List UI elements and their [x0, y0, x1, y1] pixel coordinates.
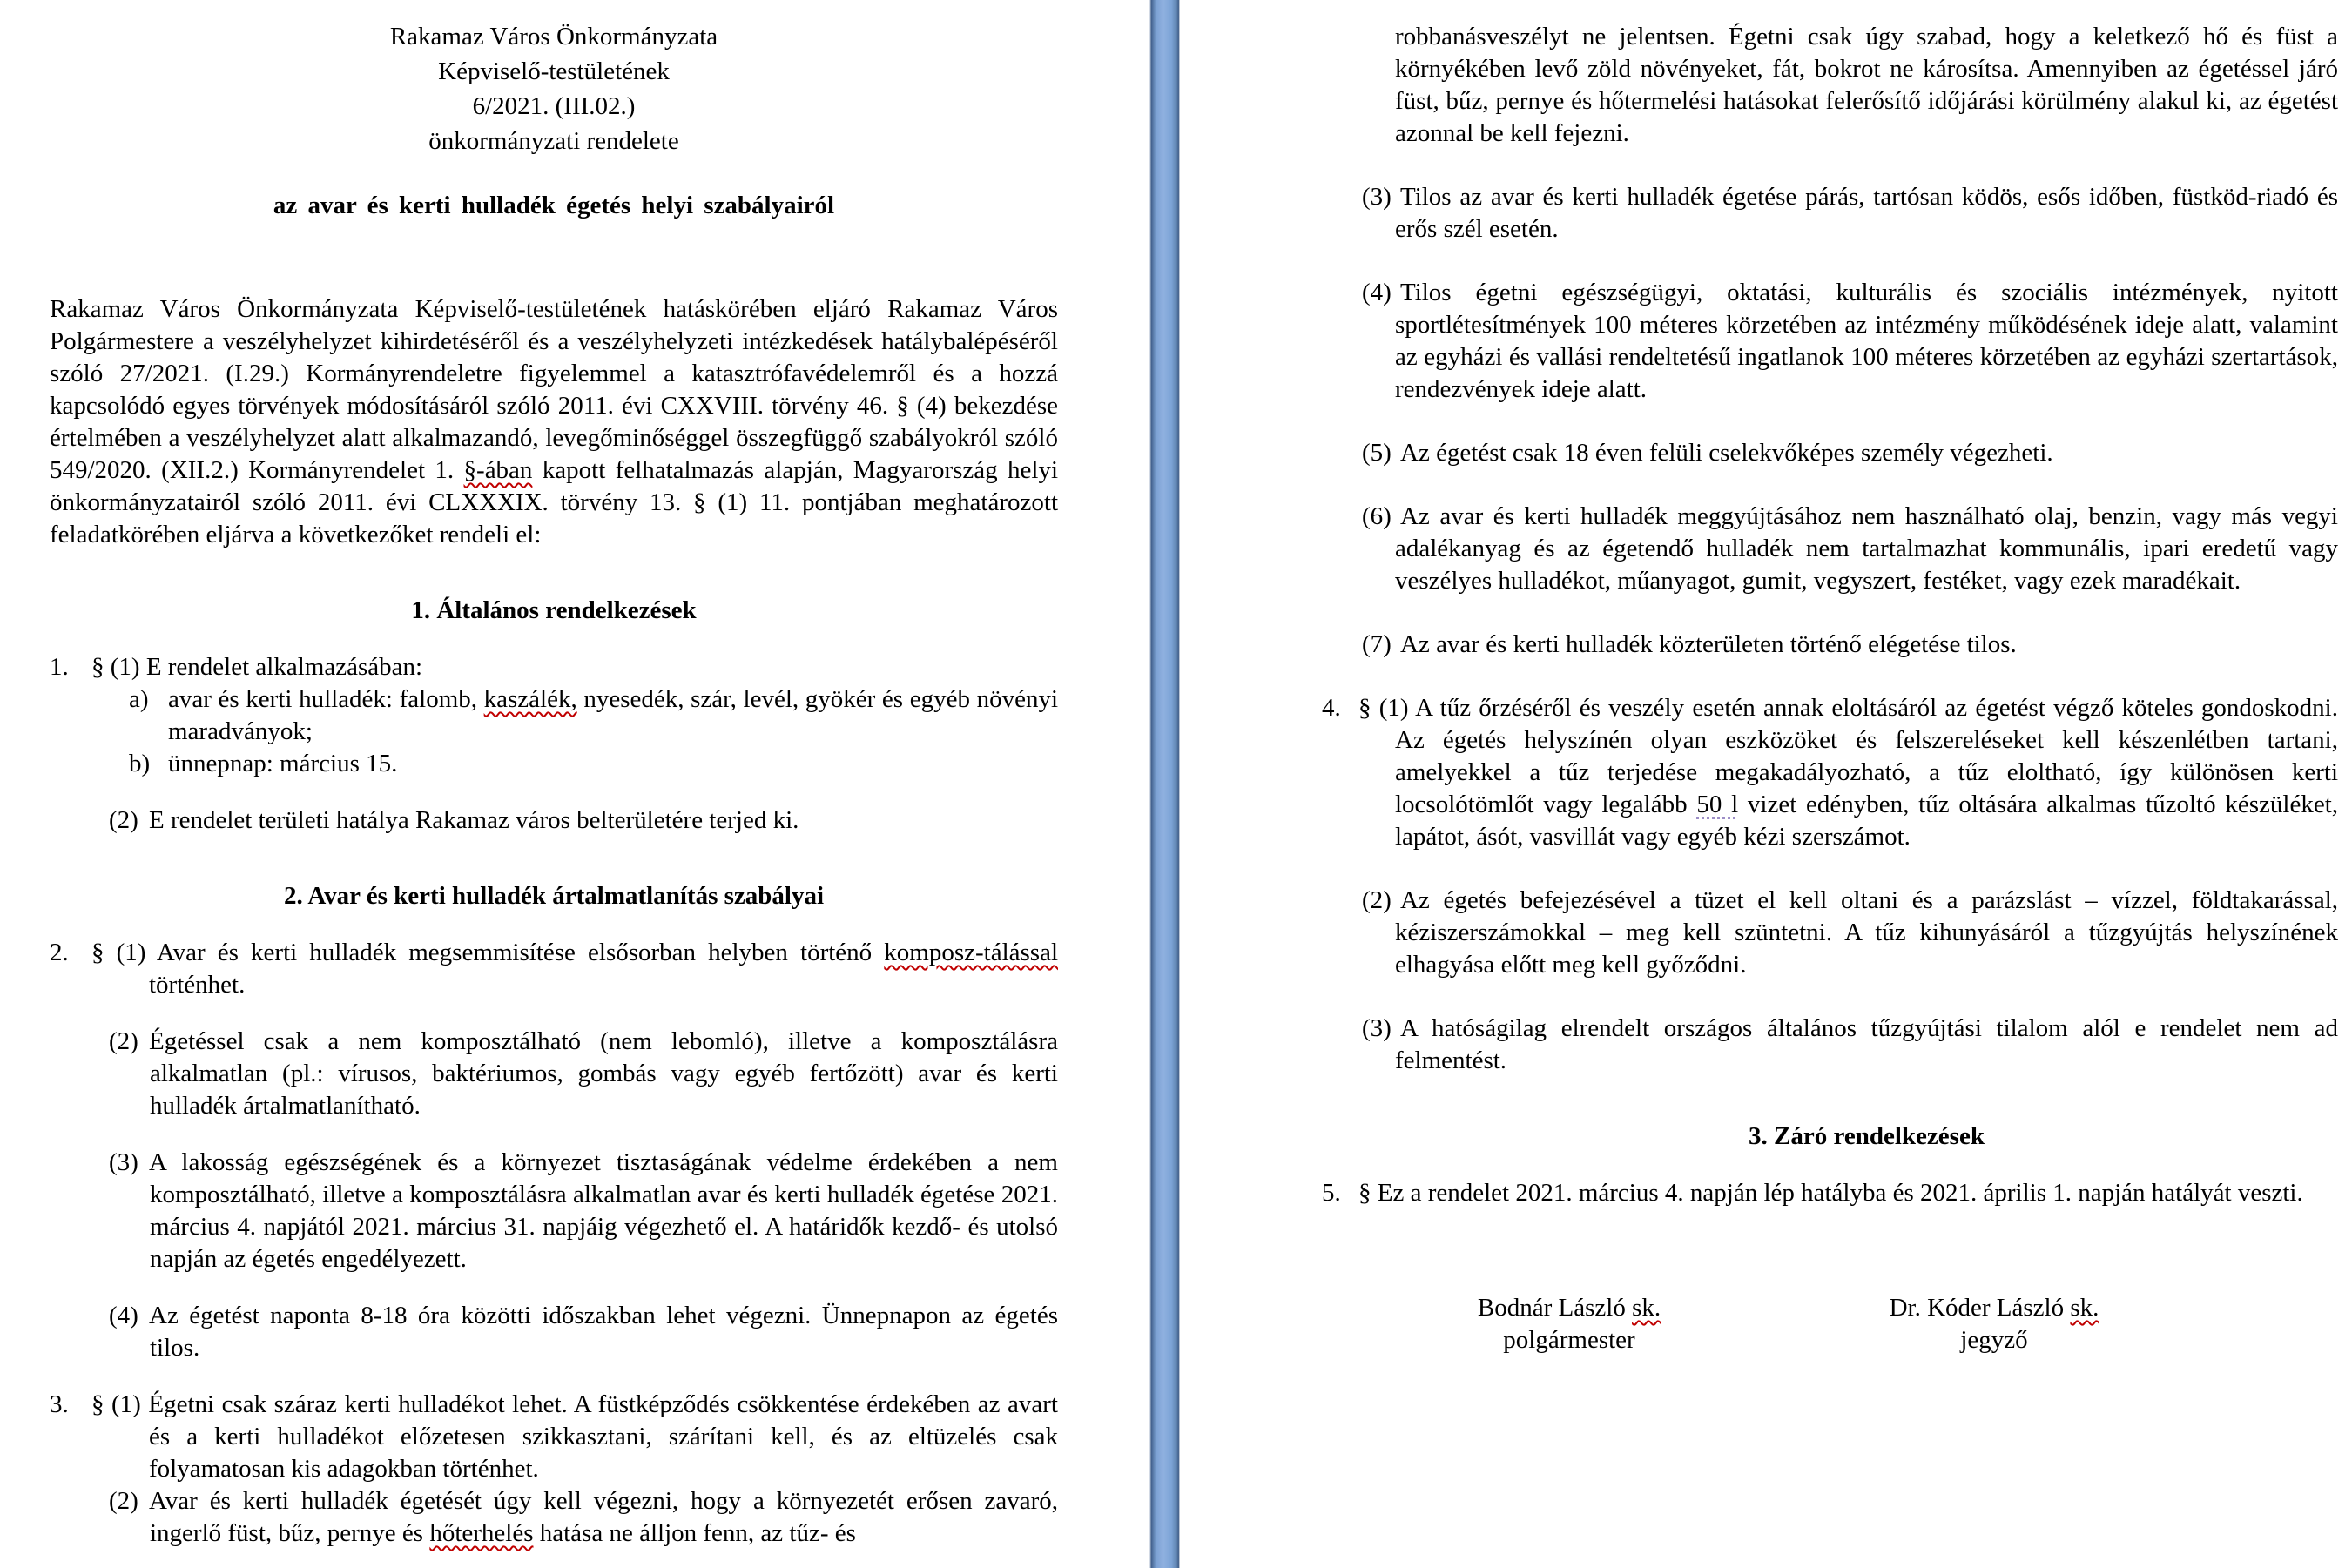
paragraph-marker: (3) — [109, 1147, 149, 1179]
text-segment: § (1) E rendelet alkalmazásában: — [91, 653, 422, 681]
signatory-role: jegyző — [1820, 1324, 2168, 1356]
paragraph-marker: (5) — [1362, 437, 1400, 469]
page-divider — [1149, 0, 1180, 1568]
section-heading: 1. Általános rendelkezések — [50, 595, 1058, 627]
text-segment: § (1) Avar és kerti hulladék megsemmisít… — [91, 939, 884, 966]
paragraph-marker: (2) — [109, 1026, 149, 1058]
spellcheck-flagged-text: sk. — [2070, 1294, 2099, 1322]
signature-right: Dr. Kóder László sk.jegyző — [1820, 1292, 2168, 1356]
spellcheck-flagged-text: komposz-tálással — [884, 939, 1058, 966]
page-left-content: Rakamaz Város ÖnkormányzataKépviselő-tes… — [50, 19, 1058, 1550]
text-segment: Tilos égetni egészségügyi, oktatási, kul… — [1395, 279, 2338, 403]
paragraph: (3)Tilos az avar és kerti hulladék égeté… — [1395, 181, 2338, 246]
paragraph-marker: 3. — [50, 1389, 91, 1421]
paragraph-marker: (2) — [109, 1485, 149, 1518]
paragraph-marker: (6) — [1362, 501, 1400, 533]
text-segment: Az égetést naponta 8-18 óra közötti idős… — [149, 1302, 1058, 1362]
paragraph: (5)Az égetést csak 18 éven felüli cselek… — [1395, 437, 2338, 469]
text-segment: avar és kerti hulladék: falomb, — [168, 685, 484, 713]
section-heading: 3. Záró rendelkezések — [1395, 1120, 2338, 1153]
paragraph: (7)Az avar és kerti hulladék közterülete… — [1395, 629, 2338, 661]
spellcheck-flagged-text: kaszálék, — [484, 685, 577, 713]
paragraph-marker: a) — [129, 683, 168, 716]
text-segment: Az avar és kerti hulladék közterületen t… — [1400, 630, 2017, 658]
document-title-line: Rakamaz Város Önkormányzata — [50, 19, 1058, 54]
paragraph-marker: (2) — [1362, 885, 1400, 917]
signature-left: Bodnár László sk.polgármester — [1395, 1292, 1743, 1356]
paragraph: (6)Az avar és kerti hulladék meggyújtásá… — [1395, 501, 2338, 597]
document-viewer: Rakamaz Város ÖnkormányzataKépviselő-tes… — [0, 0, 2352, 1568]
paragraph-marker: 5. — [1322, 1177, 1358, 1209]
document-title-line: 6/2021. (III.02.) — [50, 89, 1058, 124]
spellcheck-flagged-text: sk. — [1632, 1294, 1661, 1322]
text-segment: Bodnár László — [1478, 1294, 1632, 1322]
text-segment: § (1) Égetni csak száraz kerti hulladéko… — [91, 1390, 1058, 1483]
signature-block: Bodnár László sk.polgármesterDr. Kóder L… — [1395, 1292, 2338, 1356]
text-segment: ünnepnap: március 15. — [168, 750, 397, 777]
signatory-name: Dr. Kóder László sk. — [1820, 1292, 2168, 1324]
text-segment: robbanásveszélyt ne jelentsen. Égetni cs… — [1395, 23, 2338, 147]
paragraph: (4)Tilos égetni egészségügyi, oktatási, … — [1395, 277, 2338, 406]
paragraph: 4.§ (1) A tűz őrzéséről és veszély eseté… — [1395, 692, 2338, 853]
text-segment: A hatóságilag elrendelt országos általán… — [1395, 1014, 2338, 1074]
signatory-role: polgármester — [1395, 1324, 1743, 1356]
page-right-content: robbanásveszélyt ne jelentsen. Égetni cs… — [1395, 21, 2338, 1356]
page-left: Rakamaz Város ÖnkormányzataKépviselő-tes… — [0, 0, 1149, 1568]
paragraph-marker: (4) — [109, 1300, 149, 1332]
text-segment: hatása ne álljon fenn, az tűz- és — [534, 1519, 856, 1547]
paragraph: b)ünnepnap: március 15. — [50, 748, 1058, 780]
paragraph: 5.§ Ez a rendelet 2021. március 4. napjá… — [1395, 1177, 2338, 1209]
paragraph: (3)A lakosság egészségének és a környeze… — [50, 1147, 1058, 1275]
document-subject: az avar és kerti hulladék égetés helyi s… — [50, 190, 1058, 222]
text-segment: Tilos az avar és kerti hulladék égetése … — [1395, 183, 2338, 243]
paragraph: Rakamaz Város Önkormányzata Képviselő-te… — [50, 293, 1058, 551]
paragraph: (2)Égetéssel csak a nem komposztálható (… — [50, 1026, 1058, 1122]
paragraph-marker: (7) — [1362, 629, 1400, 661]
document-title-line: önkormányzati rendelete — [50, 124, 1058, 158]
text-segment: Az avar és kerti hulladék meggyújtásához… — [1395, 502, 2338, 595]
text-segment: Az égetés befejezésével a tüzet el kell … — [1395, 886, 2338, 979]
paragraph: (3)A hatóságilag elrendelt országos álta… — [1395, 1013, 2338, 1077]
paragraph: 1.§ (1) E rendelet alkalmazásában: — [50, 651, 1058, 683]
text-segment: Dr. Kóder László — [1890, 1294, 2071, 1322]
paragraph-marker: (4) — [1362, 277, 1400, 309]
paragraph-marker: b) — [129, 748, 168, 780]
page-right: robbanásveszélyt ne jelentsen. Égetni cs… — [1180, 0, 2352, 1568]
text-segment: E rendelet területi hatálya Rakamaz váro… — [149, 806, 799, 834]
text-segment: § Ez a rendelet 2021. március 4. napján … — [1358, 1179, 2303, 1207]
paragraph-marker: 4. — [1322, 692, 1358, 724]
text-segment: Égetéssel csak a nem komposztálható (nem… — [149, 1027, 1058, 1120]
paragraph-marker: (2) — [109, 804, 149, 837]
document-title-line: Képviselő-testületének — [50, 54, 1058, 89]
text-segment: Az égetést csak 18 éven felüli cselekvők… — [1400, 439, 2053, 467]
grammar-flagged-text: 50 l — [1696, 791, 1738, 818]
paragraph: 3.§ (1) Égetni csak száraz kerti hulladé… — [50, 1389, 1058, 1485]
text-segment: történhet. — [149, 971, 245, 999]
paragraph-marker: 2. — [50, 937, 91, 969]
paragraph: 2.§ (1) Avar és kerti hulladék megsemmis… — [50, 937, 1058, 1001]
paragraph: (2)E rendelet területi hatálya Rakamaz v… — [50, 804, 1058, 837]
paragraph: (2)Az égetés befejezésével a tüzet el ke… — [1395, 885, 2338, 981]
paragraph-marker: 1. — [50, 651, 91, 683]
section-heading: 2. Avar és kerti hulladék ártalmatlanítá… — [50, 880, 1058, 912]
paragraph-marker: (3) — [1362, 1013, 1400, 1045]
paragraph: robbanásveszélyt ne jelentsen. Égetni cs… — [1395, 21, 2338, 150]
text-segment: A lakosság egészségének és a környezet t… — [149, 1148, 1058, 1273]
paragraph: a)avar és kerti hulladék: falomb, kaszál… — [50, 683, 1058, 748]
spellcheck-flagged-text: §-ában — [464, 456, 533, 484]
spellcheck-flagged-text: hőterhelés — [429, 1519, 533, 1547]
signatory-name: Bodnár László sk. — [1395, 1292, 1743, 1324]
paragraph: (2)Avar és kerti hulladék égetését úgy k… — [50, 1485, 1058, 1550]
paragraph: (4)Az égetést naponta 8-18 óra közötti i… — [50, 1300, 1058, 1364]
paragraph-marker: (3) — [1362, 181, 1400, 213]
